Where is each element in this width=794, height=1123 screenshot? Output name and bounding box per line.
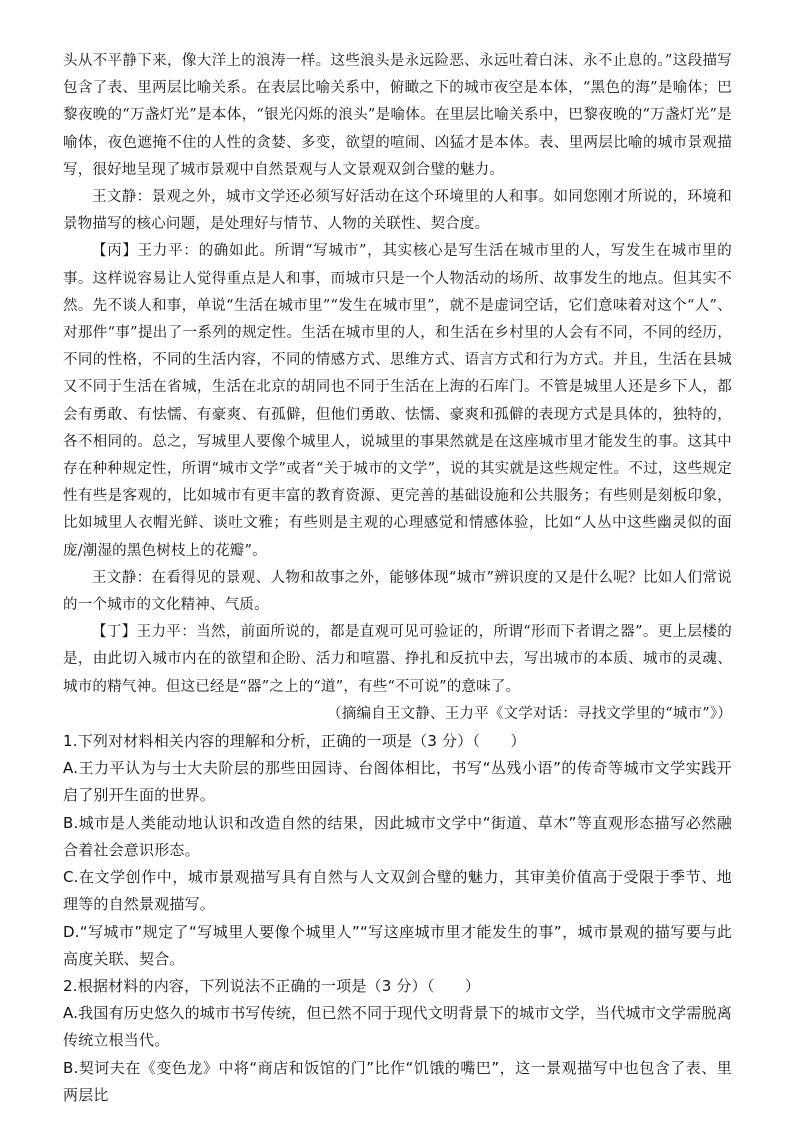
- question-1-stem: 1.下列对材料相关内容的理解和分析，正确的一项是（3 分）（ ）: [63, 728, 732, 755]
- question-1-option-d: D.“写城市”规定了“写城里人要像个城里人”“写这座城市里才能发生的事”，城市景…: [63, 919, 732, 973]
- question-2-option-b: B.契诃夫在《变色龙》中将“商店和饭馆的门”比作“饥饿的嘴巴”，这一景观描写中也…: [63, 1055, 732, 1109]
- question-1-option-c: C.在文学创作中，城市景观描写具有自然与人文双剑合璧的魅力，其审美价值高于受限于…: [63, 864, 732, 918]
- passage-paragraph-continued: 头从不平静下来，像大洋上的浪涛一样。这些浪头是永远险恶、永远吐着白沫、永不止息的…: [63, 48, 732, 184]
- passage-paragraph-bing-wang-liping: 【丙】王力平：的确如此。所谓“写城市”，其实核心是写生活在城市里的人，写发生在城…: [63, 238, 732, 564]
- passage-source-attribution: （摘编自王文静、王力平《文学对话：寻找文学里的“城市”》）: [63, 701, 732, 728]
- question-1-option-b: B.城市是人类能动地认识和改造自然的结果，因此城市文学中“街道、草木”等直观形态…: [63, 810, 732, 864]
- passage-paragraph-wang-wenjing-1: 王文静：景观之外，城市文学还必须写好活动在这个环境里的人和事。如同您刚才所说的，…: [63, 184, 732, 238]
- reading-passage: 头从不平静下来，像大洋上的浪涛一样。这些浪头是永远险恶、永远吐着白沫、永不止息的…: [63, 48, 732, 728]
- question-1-option-a: A.王力平认为与士大夫阶层的那些田园诗、台阁体相比，书写“丛残小语”的传奇等城市…: [63, 755, 732, 809]
- exam-page: 头从不平静下来，像大洋上的浪涛一样。这些浪头是永远险恶、永远吐着白沫、永不止息的…: [0, 0, 794, 1123]
- question-2-option-a: A.我国有历史悠久的城市书写传统，但已然不同于现代文明背景下的城市文学，当代城市…: [63, 1000, 732, 1054]
- passage-paragraph-wang-wenjing-2: 王文静：在看得见的景观、人物和故事之外，能够体现“城市”辨识度的又是什么呢？比如…: [63, 565, 732, 619]
- question-2-stem: 2.根据材料的内容，下列说法不正确的一项是（3 分）（ ）: [63, 973, 732, 1000]
- passage-paragraph-ding-wang-liping: 【丁】王力平：当然，前面所说的，都是直观可见可验证的，所谓“形而下者谓之器”。更…: [63, 619, 732, 701]
- questions-section: 1.下列对材料相关内容的理解和分析，正确的一项是（3 分）（ ） A.王力平认为…: [63, 728, 732, 1109]
